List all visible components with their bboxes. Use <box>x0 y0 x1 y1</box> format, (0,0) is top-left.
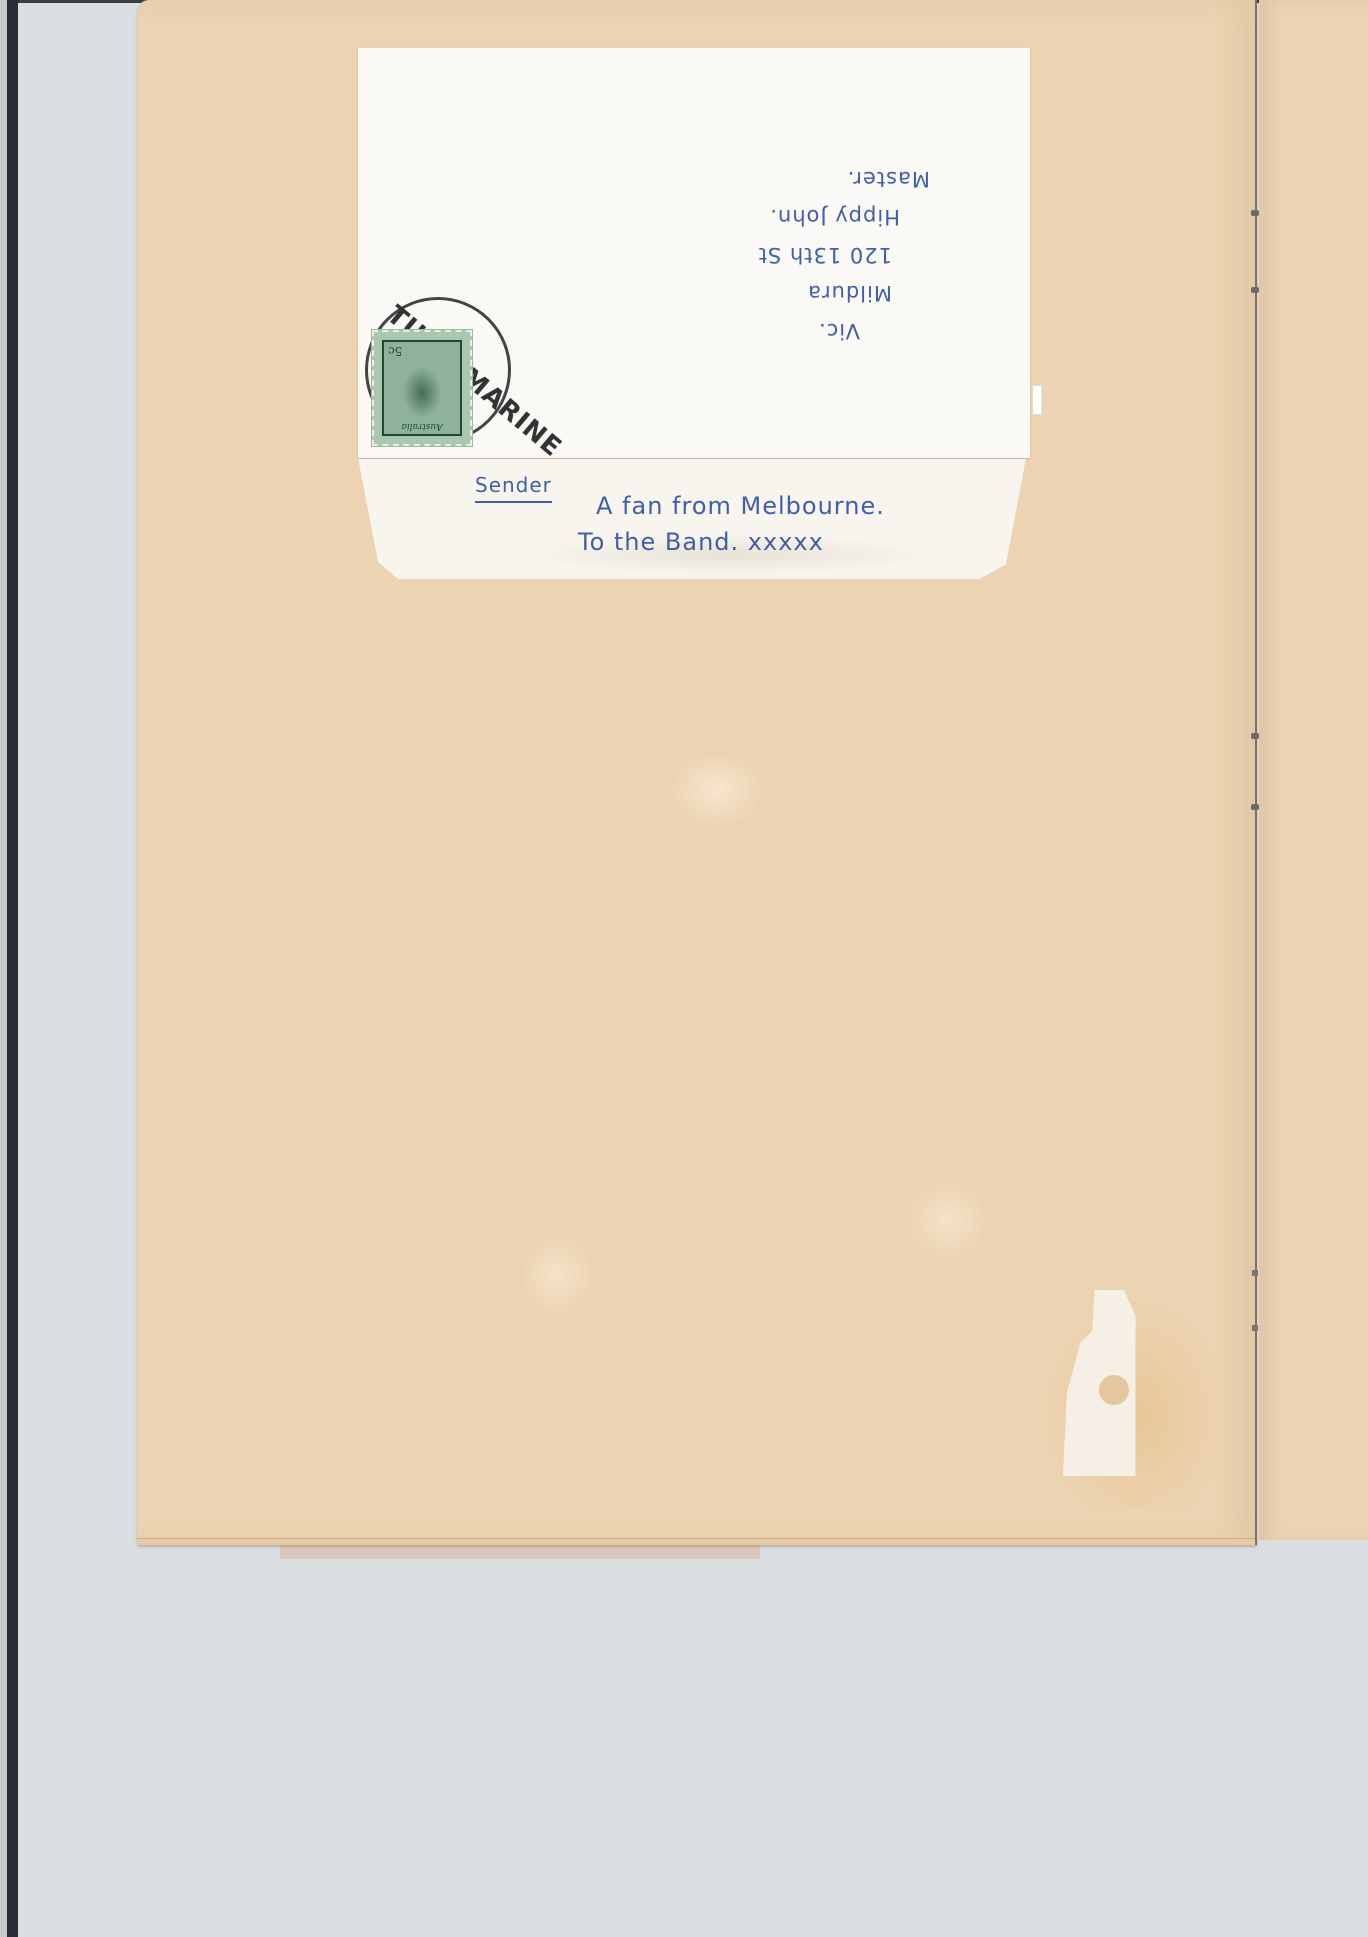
page-bottom-edge <box>137 1538 1257 1545</box>
binding-stitch <box>1251 804 1259 810</box>
scanner-edge <box>0 0 7 1937</box>
stamp-value: 5c <box>388 344 402 358</box>
binding-stitch <box>1252 1325 1258 1331</box>
punched-hole <box>1099 1375 1129 1405</box>
sender-label: Sender <box>475 473 552 503</box>
envelope-tab <box>1032 385 1042 415</box>
recipient-address: Vic. Mildura 120 13th St Hippy John. Mas… <box>600 160 930 350</box>
binding-stitch <box>1252 1270 1258 1276</box>
binding-stitch <box>1251 287 1259 293</box>
binding-gutter <box>1255 0 1257 1545</box>
address-line: 120 13th St <box>600 236 930 274</box>
binding-stitch <box>1251 733 1259 739</box>
address-line: Vic. <box>600 312 930 350</box>
stamp-portrait: 5c Australia <box>382 340 462 436</box>
binding-stitch <box>1251 210 1259 216</box>
postage-stamp: 5c Australia <box>372 330 472 446</box>
facing-page <box>1259 0 1368 1540</box>
sender-line: To the Band. xxxxx <box>578 528 824 556</box>
scanner-edge-shadow <box>7 0 18 1937</box>
underlying-pink-page <box>280 1543 760 1559</box>
sender-line: A fan from Melbourne. <box>596 492 885 520</box>
address-line: Hippy John. <box>600 198 930 236</box>
address-line: Mildura <box>600 274 930 312</box>
stamp-country: Australia <box>384 421 460 431</box>
address-line: Master. <box>600 160 930 198</box>
